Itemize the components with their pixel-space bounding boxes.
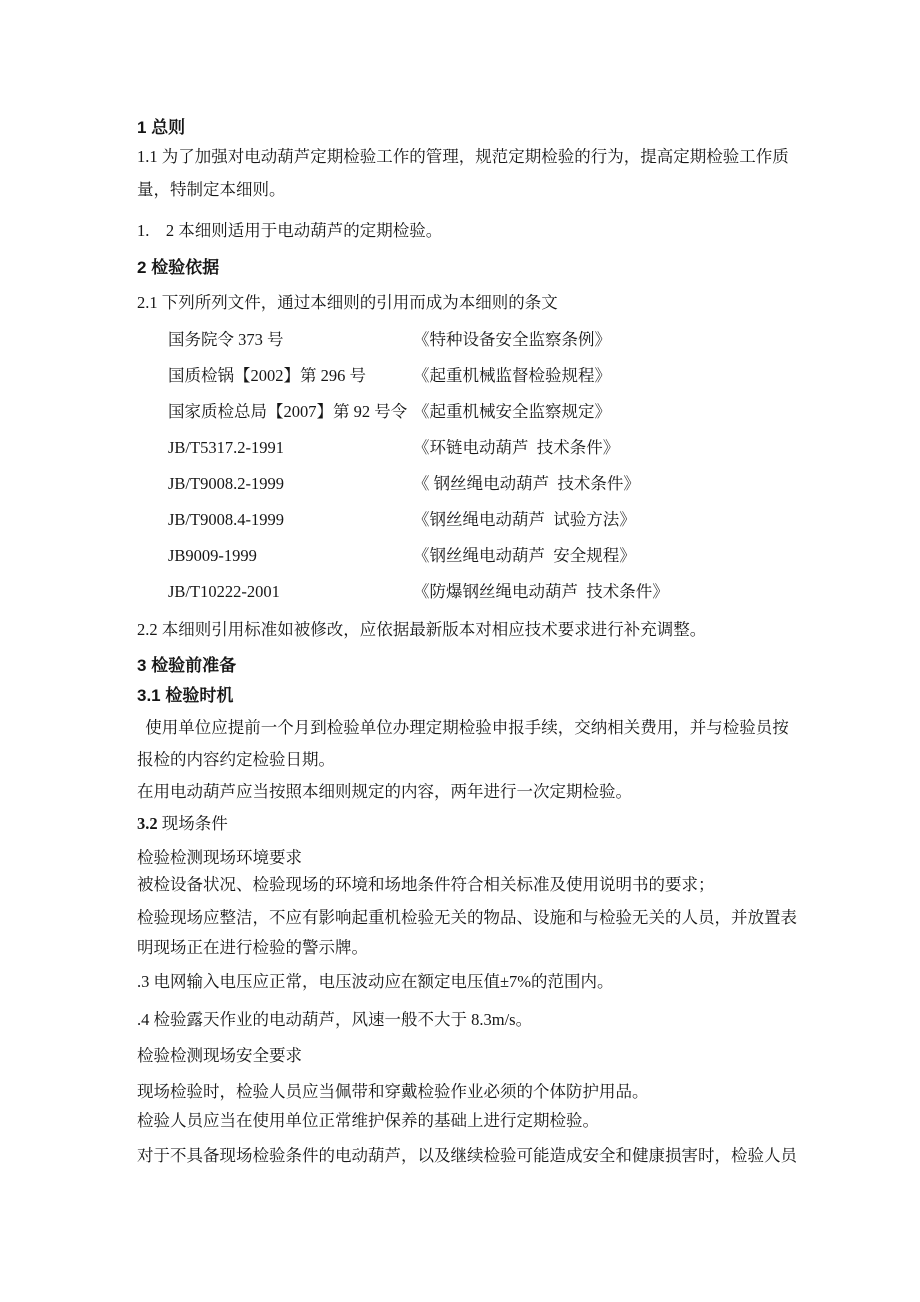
document-content: 1 总则1.1 为了加强对电动葫芦定期检验工作的管理，规范定期检验的行为，提高定… bbox=[137, 0, 809, 1168]
subsection-number: 3.2 bbox=[137, 814, 162, 833]
reference-code: 国务院令 373 号 bbox=[168, 328, 413, 352]
reference-row: JB/T10222-2001《防爆钢丝绳电动葫芦 技术条件》 bbox=[137, 580, 809, 604]
reference-code: JB/T5317.2-1991 bbox=[168, 436, 413, 460]
reference-title: 《起重机械监督检验规程》 bbox=[413, 366, 611, 385]
paragraph-line: 对于不具备现场检验条件的电动葫芦，以及继续检验可能造成安全和健康损害时，检验人员 bbox=[137, 1144, 809, 1168]
reference-code: 国家质检总局【2007】第 92 号令 bbox=[168, 400, 413, 424]
reference-title: 《钢丝绳电动葫芦 试验方法》 bbox=[413, 510, 636, 529]
section-heading: 3 检验前准备 bbox=[137, 654, 809, 678]
reference-title: 《特种设备安全监察条例》 bbox=[413, 330, 611, 349]
reference-title: 《钢丝绳电动葫芦 安全规程》 bbox=[413, 546, 636, 565]
paragraph-line: 检验现场应整洁，不应有影响起重机检验无关的物品、设施和与检验无关的人员，并放置表 bbox=[137, 906, 809, 930]
reference-code: JB/T9008.2-1999 bbox=[168, 472, 413, 496]
reference-title: 《起重机械安全监察规定》 bbox=[413, 402, 611, 421]
paragraph-line: .4 检验露天作业的电动葫芦，风速一般不大于 8.3m/s。 bbox=[137, 1008, 809, 1032]
subsection-heading: 3.2 现场条件 bbox=[137, 812, 809, 836]
section-heading: 1 总则 bbox=[137, 116, 809, 140]
paragraph-line: 检验人员应当在使用单位正常维护保养的基础上进行定期检验。 bbox=[137, 1109, 809, 1133]
paragraph-line: 检验检测现场环境要求 bbox=[137, 846, 809, 870]
heading-text: 检验时机 bbox=[165, 686, 233, 705]
reference-code: JB9009-1999 bbox=[168, 544, 413, 568]
reference-code: JB/T10222-2001 bbox=[168, 580, 413, 604]
heading-number: 2 bbox=[137, 258, 151, 277]
subsection-text: 现场条件 bbox=[162, 814, 228, 833]
section-heading: 2 检验依据 bbox=[137, 256, 809, 280]
reference-row: 国家质检总局【2007】第 92 号令《起重机械安全监察规定》 bbox=[137, 400, 809, 424]
document-page: 1 总则1.1 为了加强对电动葫芦定期检验工作的管理，规范定期检验的行为，提高定… bbox=[0, 0, 920, 1302]
heading-number: 1 bbox=[137, 118, 151, 137]
paragraph-line: 2.1 下列所列文件，通过本细则的引用而成为本细则的条文 bbox=[137, 291, 809, 315]
paragraph-line: 被检设备状况、检验现场的环境和场地条件符合相关标准及使用说明书的要求； bbox=[137, 873, 809, 897]
reference-title: 《防爆钢丝绳电动葫芦 技术条件》 bbox=[413, 582, 669, 601]
paragraph-line: 量，特制定本细则。 bbox=[137, 178, 809, 202]
reference-row: JB9009-1999《钢丝绳电动葫芦 安全规程》 bbox=[137, 544, 809, 568]
reference-row: 国质检锅【2002】第 296 号《起重机械监督检验规程》 bbox=[137, 364, 809, 388]
reference-row: JB/T9008.2-1999《 钢丝绳电动葫芦 技术条件》 bbox=[137, 472, 809, 496]
paragraph-line: 明现场正在进行检验的警示牌。 bbox=[137, 936, 809, 960]
heading-text: 检验前准备 bbox=[151, 656, 236, 675]
paragraph-line: 1.1 为了加强对电动葫芦定期检验工作的管理，规范定期检验的行为，提高定期检验工… bbox=[137, 145, 809, 169]
reference-title: 《 钢丝绳电动葫芦 技术条件》 bbox=[413, 474, 640, 493]
paragraph-line: 现场检验时，检验人员应当佩带和穿戴检验作业必须的个体防护用品。 bbox=[137, 1080, 809, 1104]
paragraph-line: 在用电动葫芦应当按照本细则规定的内容，两年进行一次定期检验。 bbox=[137, 780, 809, 804]
heading-text: 检验依据 bbox=[151, 258, 219, 277]
heading-number: 3.1 bbox=[137, 686, 165, 705]
paragraph-line: 报检的内容约定检验日期。 bbox=[137, 748, 809, 772]
paragraph-line: 使用单位应提前一个月到检验单位办理定期检验申报手续，交纳相关费用，并与检验员按 bbox=[137, 716, 809, 740]
reference-code: 国质检锅【2002】第 296 号 bbox=[168, 364, 413, 388]
heading-number: 3 bbox=[137, 656, 151, 675]
paragraph-line: .3 电网输入电压应正常，电压波动应在额定电压值±7%的范围内。 bbox=[137, 970, 809, 994]
reference-row: 国务院令 373 号《特种设备安全监察条例》 bbox=[137, 328, 809, 352]
reference-row: JB/T9008.4-1999《钢丝绳电动葫芦 试验方法》 bbox=[137, 508, 809, 532]
reference-row: JB/T5317.2-1991《环链电动葫芦 技术条件》 bbox=[137, 436, 809, 460]
paragraph-line: 1. 2 本细则适用于电动葫芦的定期检验。 bbox=[137, 219, 809, 243]
reference-title: 《环链电动葫芦 技术条件》 bbox=[413, 438, 619, 457]
paragraph-line: 检验检测现场安全要求 bbox=[137, 1044, 809, 1068]
heading-text: 总则 bbox=[151, 118, 185, 137]
paragraph-line: 2.2 本细则引用标准如被修改，应依据最新版本对相应技术要求进行补充调整。 bbox=[137, 618, 809, 642]
section-heading: 3.1 检验时机 bbox=[137, 684, 809, 708]
reference-code: JB/T9008.4-1999 bbox=[168, 508, 413, 532]
